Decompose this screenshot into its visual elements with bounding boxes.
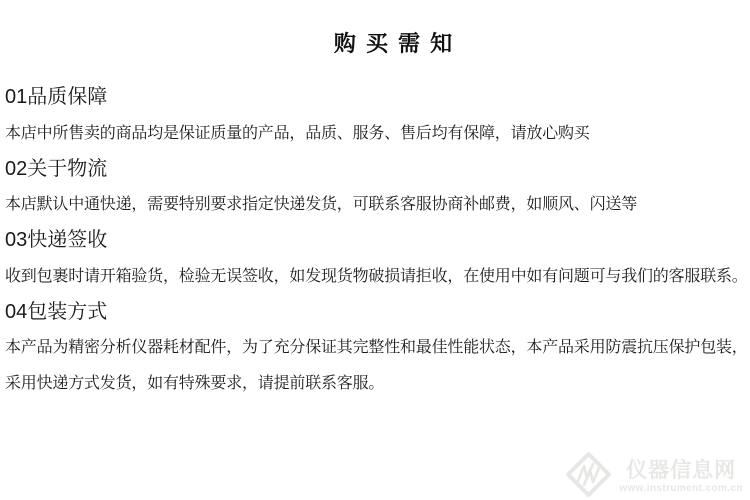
section-heading-packaging: 04包装方式 — [5, 295, 750, 331]
diamond-pulse-logo-icon — [565, 451, 612, 498]
section-heading-quality: 01品质保障 — [5, 80, 750, 116]
section-body-packaging-2: 采用快递方式发货，如有特殊要求，请提前联系客服。 — [5, 366, 750, 402]
section-body-signing: 收到包裹时请开箱验货，检验无误签收，如发现货物破损请拒收，在使用中如有问题可与我… — [5, 259, 750, 295]
watermark-site-url: www.instrument.com.cn — [619, 483, 743, 494]
section-body-packaging-1: 本产品为精密分析仪器耗材配件，为了充分保证其完整性和最佳性能状态，本产品采用防震… — [5, 330, 750, 366]
watermark-site-name: 仪器信息网 — [626, 459, 736, 483]
section-heading-signing: 03快递签收 — [5, 223, 750, 259]
section-heading-logistics: 02关于物流 — [5, 152, 750, 188]
page-title: 购 买 需 知 — [0, 27, 750, 58]
watermark-text: 仪器信息网 www.instrument.com.cn — [619, 459, 743, 498]
section-body-logistics: 本店默认中通快递，需要特别要求指定快递发货，可联系客服协商补邮费，如顺风、闪送等 — [5, 187, 750, 223]
purchase-notice-page: { "page": { "title": "购 买 需 知", "section… — [0, 0, 750, 500]
section-body-quality: 本店中所售卖的商品均是保证质量的产品，品质、服务、售后均有保障，请放心购买 — [5, 116, 750, 152]
watermark: 仪器信息网 www.instrument.com.cn — [565, 451, 743, 498]
notice-content: 01品质保障 本店中所售卖的商品均是保证质量的产品，品质、服务、售后均有保障，请… — [5, 80, 750, 402]
